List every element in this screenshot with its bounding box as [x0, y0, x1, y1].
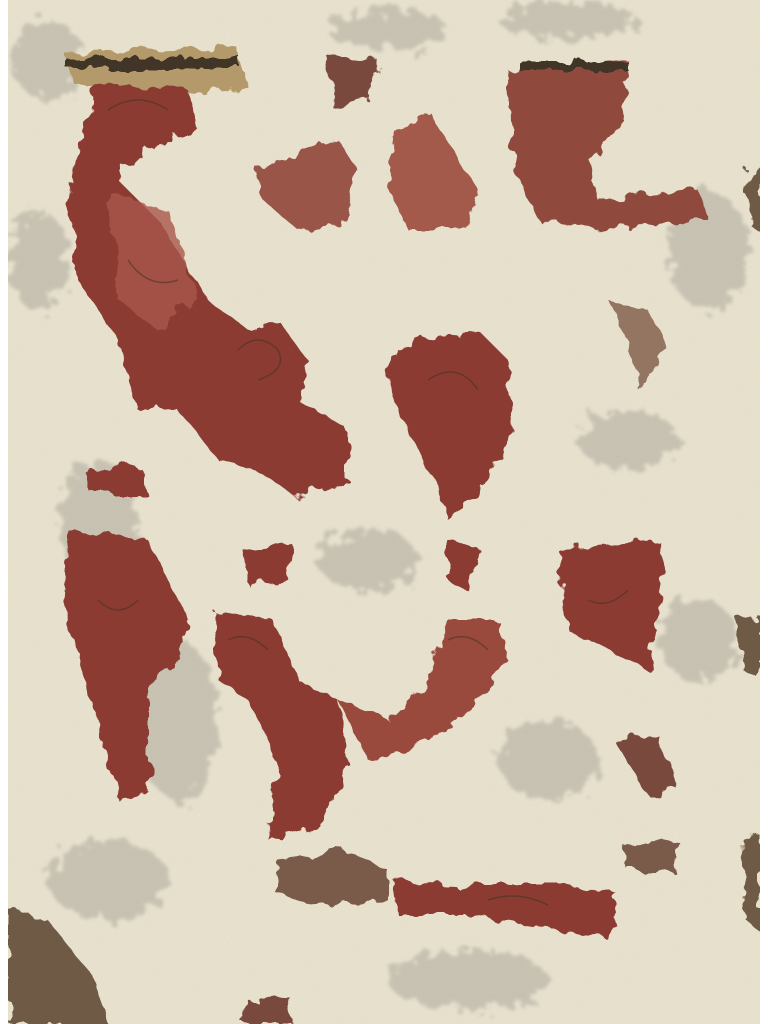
rug-photo: [8, 0, 760, 1024]
rug-texture: [8, 0, 760, 1024]
